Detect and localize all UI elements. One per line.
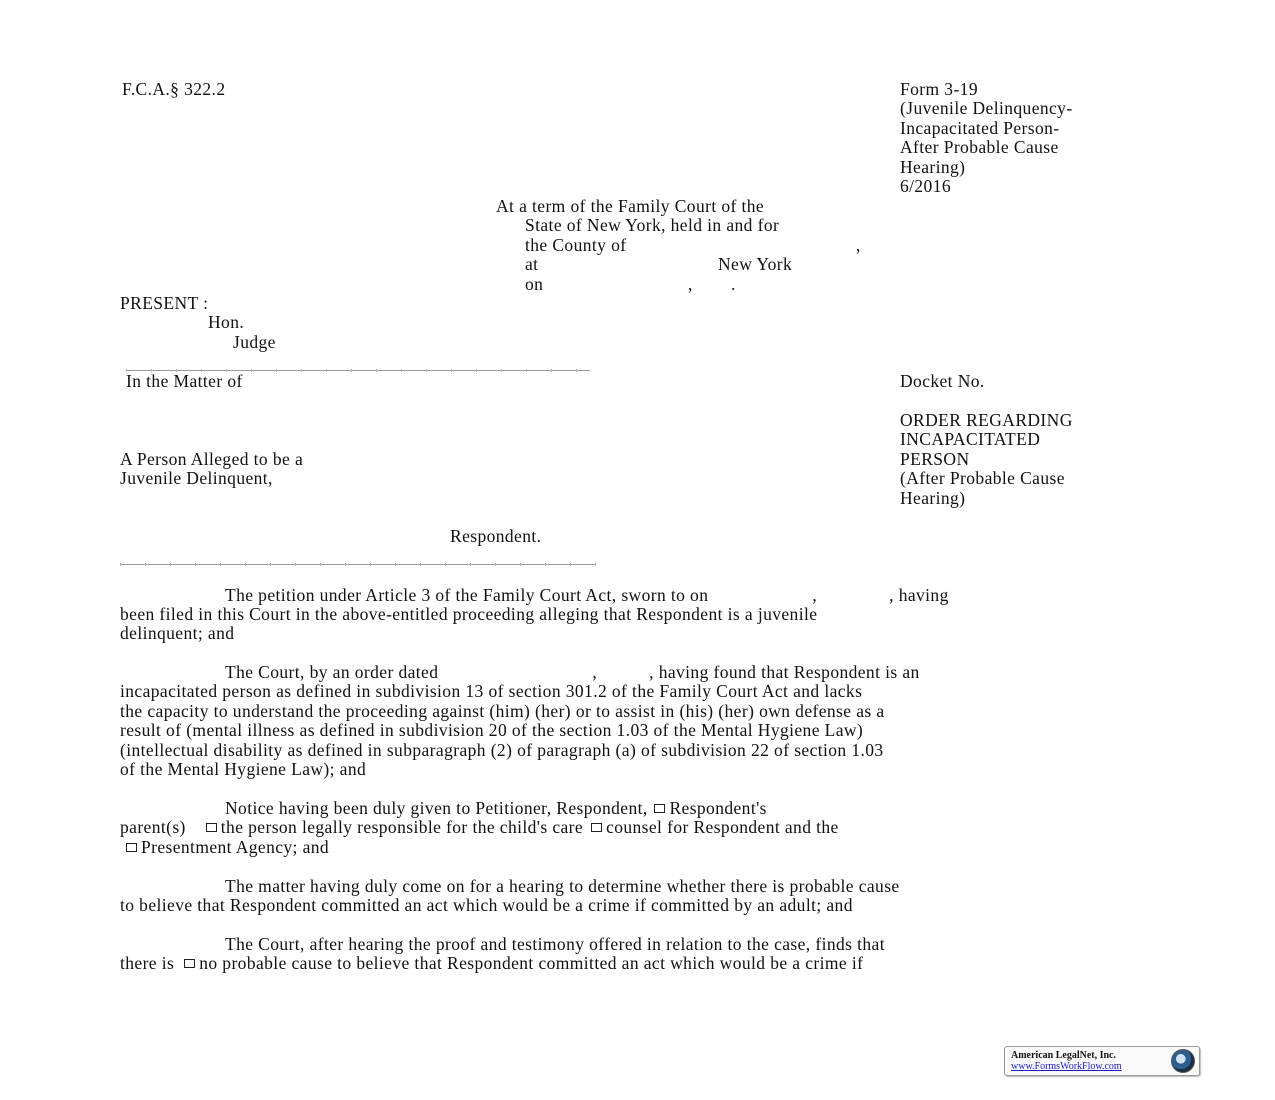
matter-of-label: In the Matter of [126, 372, 243, 391]
county-label: the County of [525, 236, 626, 255]
text: result of (mental illness as defined in … [120, 721, 1160, 740]
checkbox-legally-responsible-person[interactable] [206, 823, 217, 832]
respondent-label: Respondent. [450, 527, 541, 546]
text: the capacity to understand the proceedin… [120, 702, 1160, 721]
paragraph-notice: Notice having been duly given to Petitio… [120, 799, 1160, 857]
form-info-line: Hearing) [900, 158, 965, 177]
order-date-separator: , [592, 662, 597, 682]
location-label: at [525, 255, 538, 274]
county-field-end: , [856, 236, 861, 255]
date-end: . [731, 275, 736, 294]
location-state: New York [718, 255, 792, 274]
order-title-line: (After Probable Cause [900, 469, 1065, 488]
logo-website-link[interactable]: www.FormsWorkFlow.com [1011, 1061, 1122, 1072]
docket-number-label: Docket No. [900, 372, 985, 391]
order-title-line: Hearing) [900, 489, 965, 508]
american-legalnet-logo: American LegalNet, Inc. www.FormsWorkFlo… [1004, 1046, 1200, 1076]
logo-company-name: American LegalNet, Inc. [1011, 1050, 1116, 1061]
judge-label: Judge [233, 333, 276, 352]
checkbox-respondents-parents[interactable] [654, 804, 665, 813]
person-description: Juvenile Delinquent, [120, 469, 273, 488]
text: The Court, after hearing the proof and t… [225, 934, 885, 954]
checkbox-no-probable-cause[interactable] [184, 959, 195, 968]
checkbox-label: the person legally responsible for the c… [221, 817, 583, 837]
form-info-line: (Juvenile Delinquency- [900, 99, 1073, 118]
text: The petition under Article 3 of the Fami… [225, 585, 708, 605]
text: delinquent; and [120, 624, 1160, 643]
checkbox-label: Presentment Agency; and [141, 837, 329, 857]
paragraph-incapacity-finding: The Court, by an order dated,, having fo… [120, 663, 1160, 779]
checkbox-label: Respondent's [669, 798, 766, 818]
form-revision-date: 6/2016 [900, 177, 951, 196]
caption-bottom-rule [120, 564, 596, 565]
text: (intellectual disability as defined in s… [120, 741, 1160, 760]
form-info-line: After Probable Cause [900, 138, 1059, 157]
date-separator: , [688, 275, 693, 294]
checkbox-label: no probable cause to believe that Respon… [199, 953, 863, 973]
text: parent(s) [120, 817, 186, 837]
checkbox-label: counsel for Respondent and the [606, 817, 839, 837]
text: , having [889, 585, 949, 605]
order-title-line: ORDER REGARDING [900, 411, 1073, 430]
order-title-line: PERSON [900, 450, 970, 469]
text: The matter having duly come on for a hea… [225, 876, 900, 896]
honorable-label: Hon. [208, 313, 244, 332]
text: there is [120, 953, 174, 973]
paragraph-hearing: The matter having duly come on for a hea… [120, 877, 1160, 916]
text: The Court, by an order dated [225, 662, 438, 682]
court-term-line: At a term of the Family Court of the [496, 197, 764, 216]
paragraph-court-finding: The Court, after hearing the proof and t… [120, 935, 1160, 974]
court-term-line: State of New York, held in and for [525, 216, 779, 235]
present-label: PRESENT : [120, 294, 208, 313]
paragraph-petition: The petition under Article 3 of the Fami… [120, 586, 1160, 644]
text: , having found that Respondent is an [649, 662, 920, 682]
sworn-date-separator: , [812, 585, 817, 605]
text: Notice having been duly given to Petitio… [225, 798, 648, 818]
person-description: A Person Alleged to be a [120, 450, 303, 469]
text: been filed in this Court in the above-en… [120, 605, 1160, 624]
statute-reference: F.C.A.§ 322.2 [122, 80, 225, 99]
order-title-line: INCAPACITATED [900, 430, 1040, 449]
globe-icon [1171, 1049, 1195, 1073]
checkbox-counsel-for-respondent[interactable] [591, 823, 602, 832]
form-info-line: Form 3-19 [900, 80, 978, 99]
checkbox-presentment-agency[interactable] [126, 843, 137, 852]
text: to believe that Respondent committed an … [120, 896, 1160, 915]
text: of the Mental Hygiene Law); and [120, 760, 1160, 779]
form-info-line: Incapacitated Person- [900, 119, 1060, 138]
date-label: on [525, 275, 543, 294]
text: incapacitated person as defined in subdi… [120, 682, 1160, 701]
